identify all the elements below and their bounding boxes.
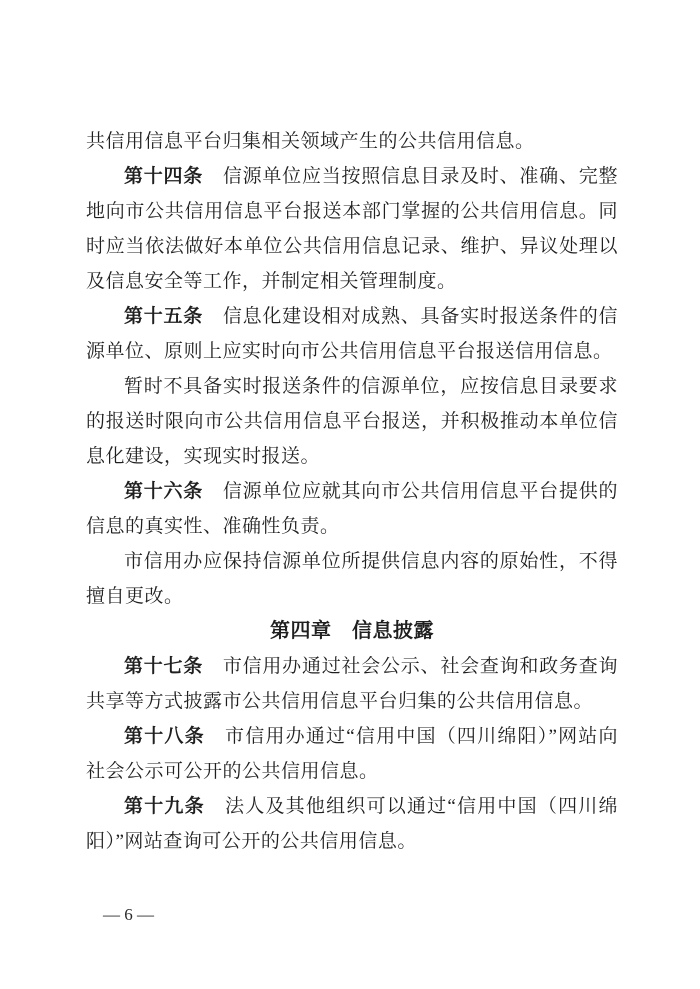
- article-paragraph: 第十四条 信源单位应当按照信息目录及时、准确、完整地向市公共信用信息平台报送本部…: [86, 159, 618, 299]
- article-number: 第十五条: [124, 306, 203, 327]
- article-paragraph: 第十七条 市信用办通过社会公示、社会查询和政务查询共享等方式披露市公共信用信息平…: [86, 649, 618, 719]
- document-body: 共信用信息平台归集相关领域产生的公共信用信息。第十四条 信源单位应当按照信息目录…: [86, 124, 618, 859]
- chapter-heading: 第四章 信息披露: [86, 614, 618, 649]
- article-paragraph: 第十九条 法人及其他组织可以通过“信用中国（四川绵阳）”网站查询可公开的公共信用…: [86, 789, 618, 859]
- article-number: 第十八条: [124, 726, 205, 747]
- article-number: 第十七条: [124, 656, 203, 677]
- article-paragraph: 第十六条 信源单位应就其向市公共信用信息平台提供的信息的真实性、准确性负责。: [86, 474, 618, 544]
- article-paragraph: 第十八条 市信用办通过“信用中国（四川绵阳）”网站向社会公示可公开的公共信用信息…: [86, 719, 618, 789]
- body-paragraph: 市信用办应保持信源单位所提供信息内容的原始性，不得擅自更改。: [86, 544, 618, 614]
- article-number: 第十六条: [124, 481, 203, 502]
- article-number: 第十九条: [124, 796, 205, 817]
- article-paragraph: 第十五条 信息化建设相对成熟、具备实时报送条件的信源单位、原则上应实时向市公共信…: [86, 299, 618, 369]
- page-number: — 6 —: [103, 903, 154, 927]
- document-page: 共信用信息平台归集相关领域产生的公共信用信息。第十四条 信源单位应当按照信息目录…: [0, 0, 700, 989]
- article-number: 第十四条: [124, 166, 203, 187]
- body-paragraph: 共信用信息平台归集相关领域产生的公共信用信息。: [86, 124, 618, 159]
- body-paragraph: 暂时不具备实时报送条件的信源单位，应按信息目录要求的报送时限向市公共信用信息平台…: [86, 369, 618, 474]
